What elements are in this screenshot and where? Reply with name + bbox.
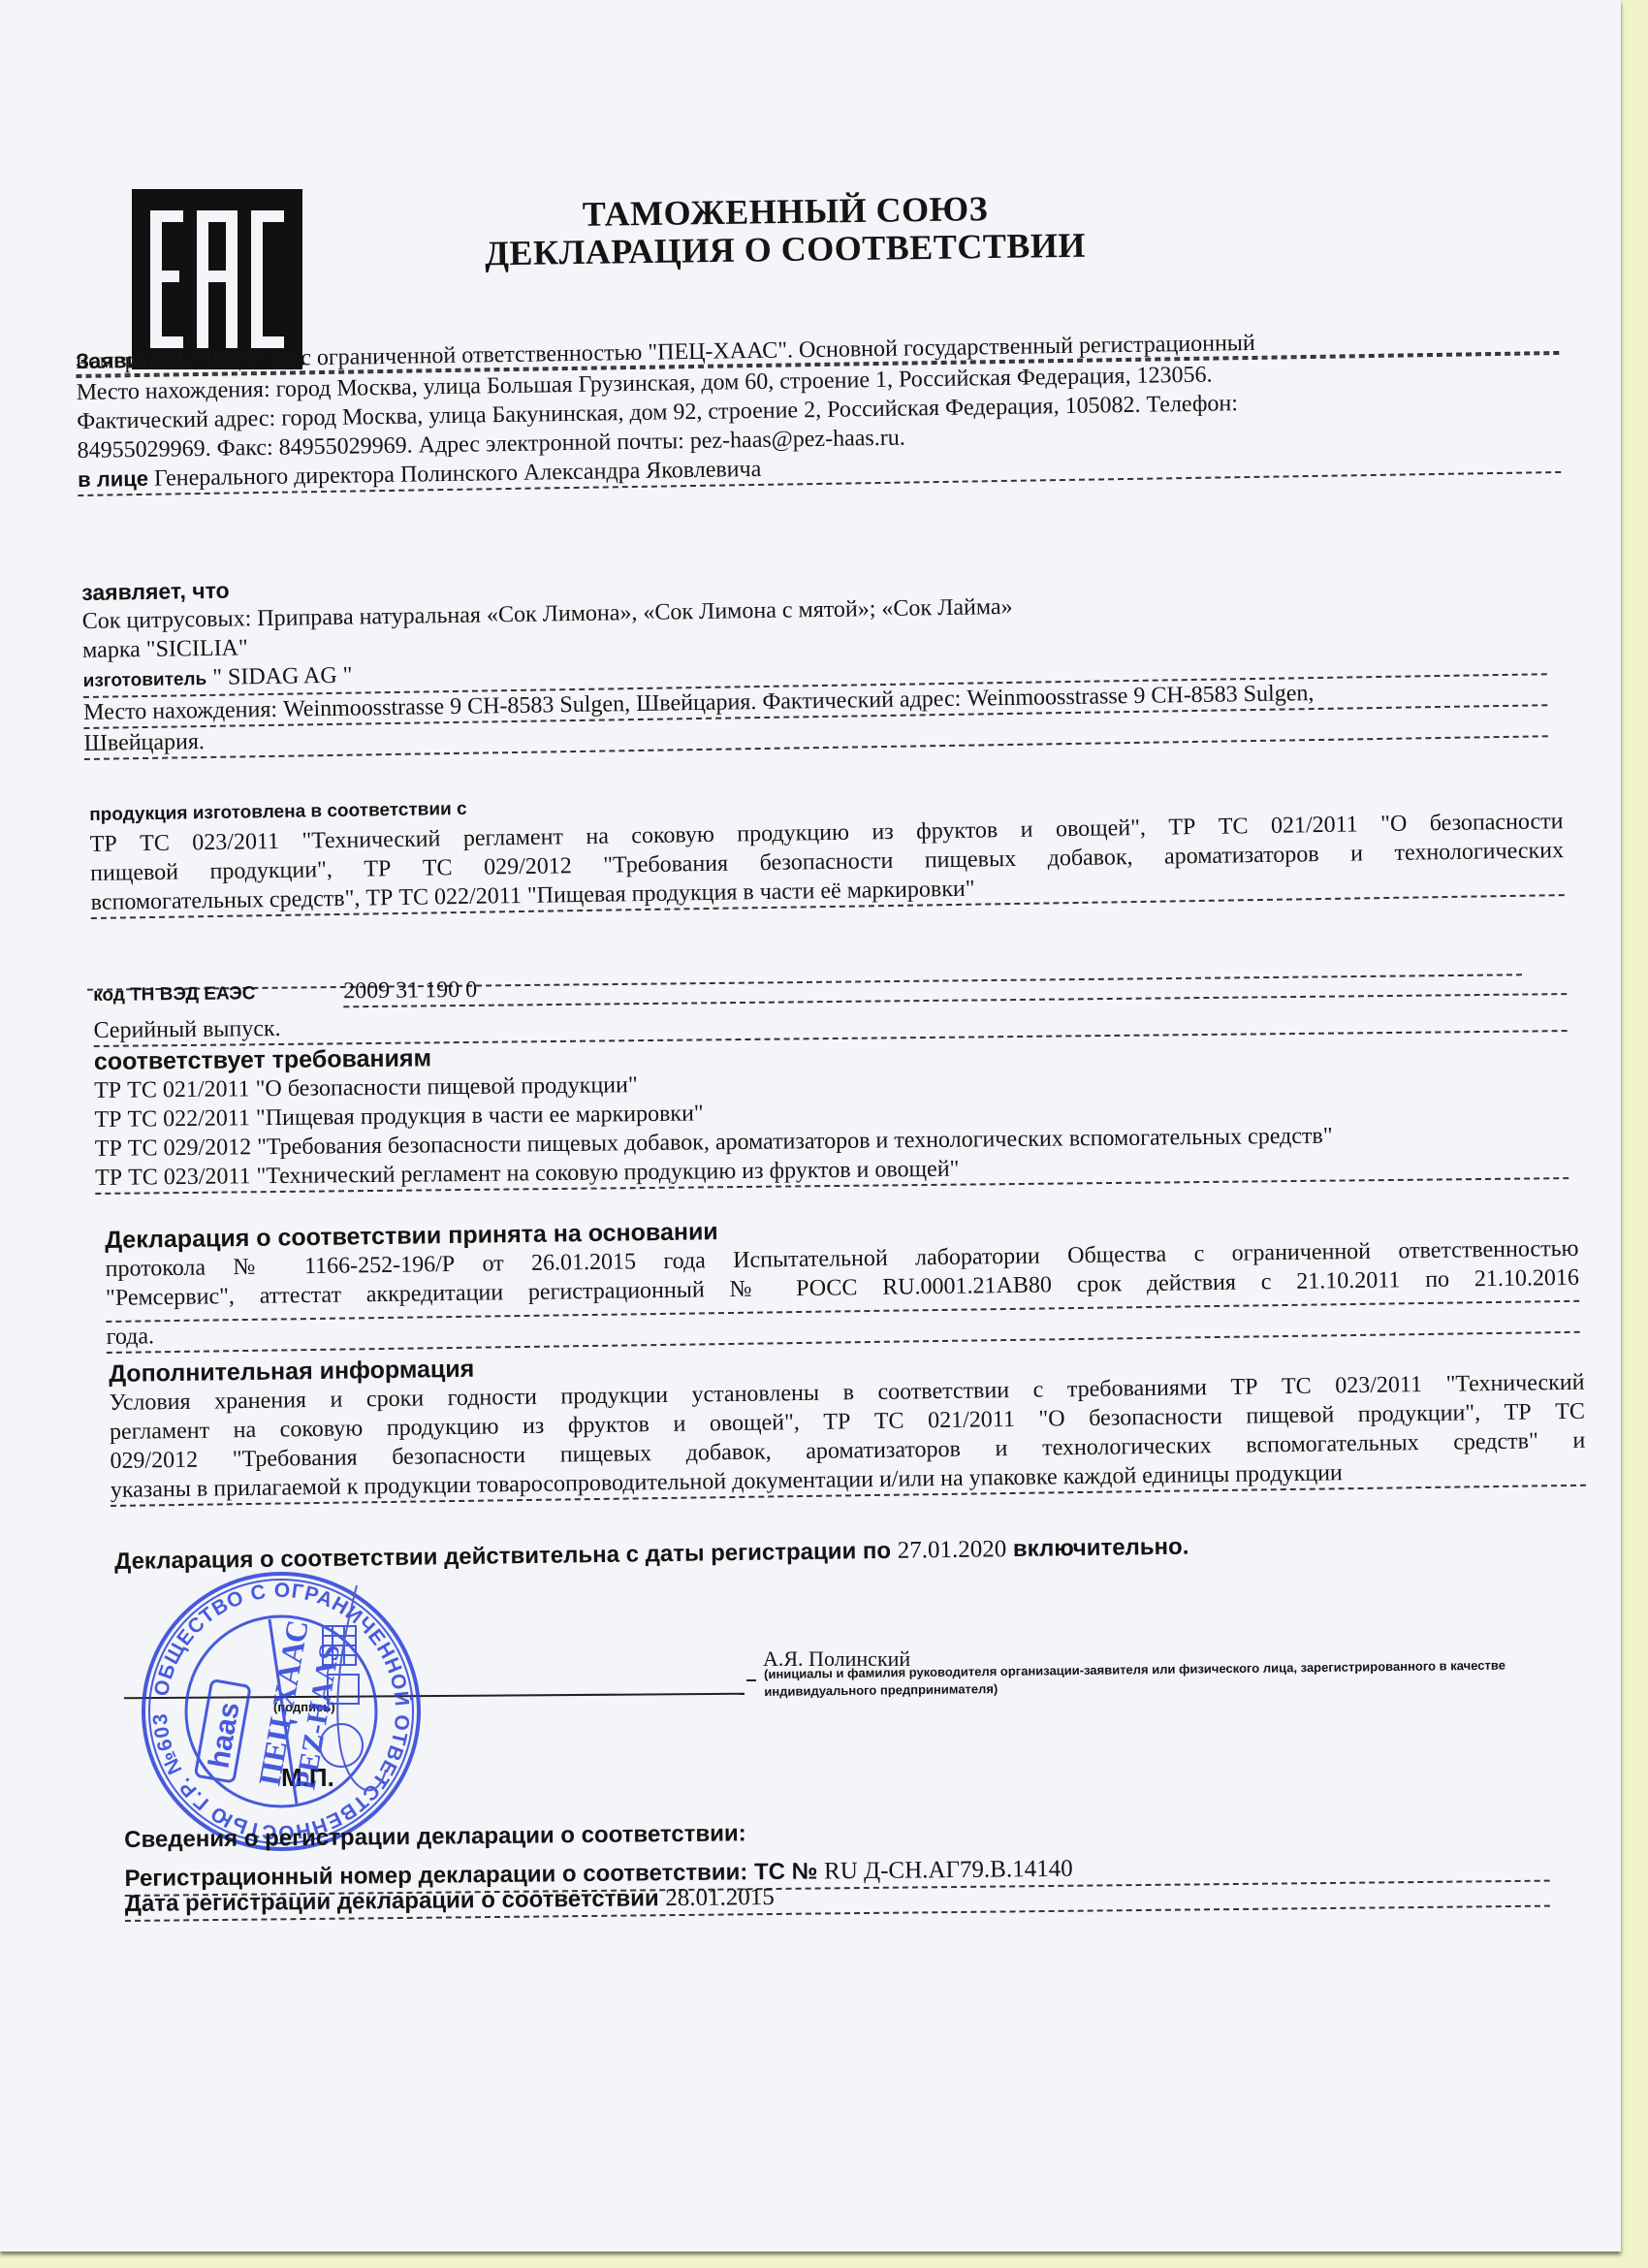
company-stamp: ОБЩЕСТВО С ОГРАНИЧЕННОЙ ОТВЕТСТВЕННОСТЬЮ…	[134, 1566, 429, 1857]
name-line	[746, 1679, 756, 1681]
applicant-section: Заявитель Общество с ограниченной ответс…	[76, 324, 1561, 496]
manufacturer-value: " SIDAG AG "	[212, 663, 353, 690]
registration-section: Сведения о регистрации декларации о соот…	[124, 1810, 1550, 1922]
svg-text:haas: haas	[203, 1700, 245, 1771]
registration-date-value: 28.01.2015	[665, 1884, 775, 1911]
page-title: ДЕКЛАРАЦИЯ О СООТВЕТСТВИИ	[446, 224, 1125, 274]
represented-value: Генерального директора Полинского Алекса…	[154, 457, 762, 492]
registration-number-value: RU Д-CH.АГ79.В.14140	[824, 1856, 1073, 1885]
eac-logo	[132, 189, 302, 369]
basis-section: Декларация о соответствии принята на осн…	[105, 1205, 1580, 1354]
additional-section: Дополнительная информация Условия хранен…	[109, 1339, 1586, 1507]
declaration-page: ТАМОЖЕННЫЙ СОЮЗ ДЕКЛАРАЦИЯ О СООТВЕТСТВИ…	[0, 0, 1621, 2252]
round-seal-icon: ОБЩЕСТВО С ОГРАНИЧЕННОЙ ОТВЕТСТВЕННОСТЬЮ…	[134, 1566, 429, 1857]
tn-ved-label: код ТН ВЭД ЕАЭС	[93, 983, 256, 1006]
produced-per-section: продукция изготовлена в соответствии с Т…	[89, 778, 1565, 919]
represented-label: в лице	[78, 466, 148, 492]
declares-section: заявляет, что Сок цитрусовых: Приправа н…	[81, 555, 1548, 760]
validity-suffix: включительно.	[1013, 1534, 1189, 1563]
eac-mark-icon	[144, 203, 290, 356]
tn-ved-section: код ТН ВЭД ЕАЭС 2009 31 190 0 Серийный в…	[93, 964, 1569, 1195]
tn-ved-code: 2009 31 190 0	[343, 964, 1567, 1007]
validity-date: 27.01.2020	[898, 1536, 1007, 1564]
manufacturer-label: изготовитель	[83, 669, 207, 691]
